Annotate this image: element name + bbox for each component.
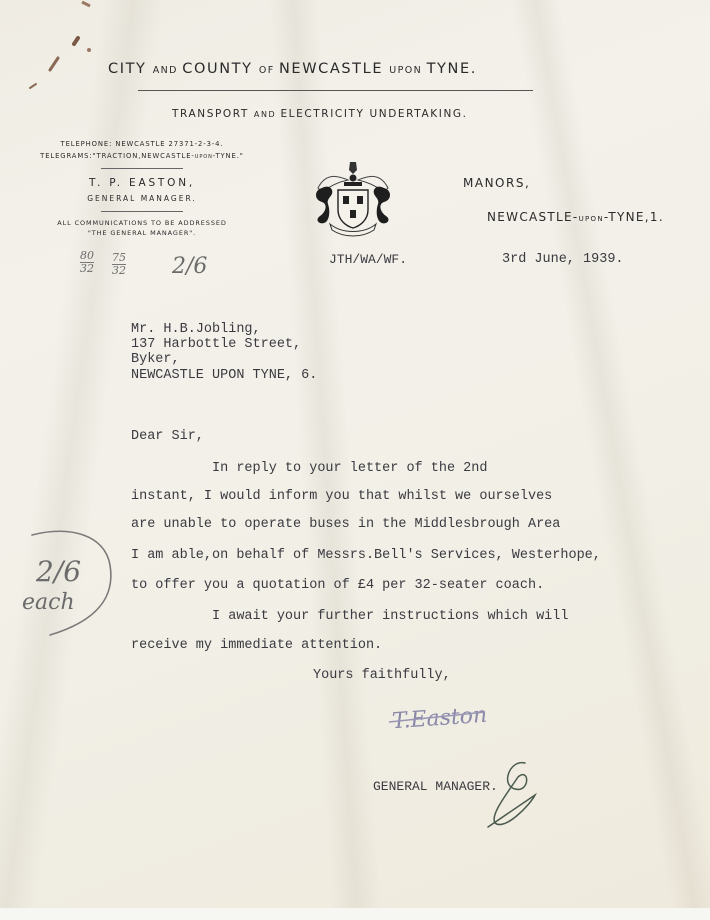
subtitle-part: TRANSPORT <box>172 108 254 120</box>
pencil-note-each: each <box>22 590 75 615</box>
recipient-address: Mr. H.B.Jobling,137 Harbottle Street,Byk… <box>131 322 317 383</box>
pencil-fraction-2: 75 32 <box>112 252 126 277</box>
letterhead-title: CITY AND COUNTY OF NEWCASTLE UPON TYNE. <box>108 61 477 77</box>
initials-flourish-icon <box>470 755 550 835</box>
body-line: instant, I would inform you that whilst … <box>131 489 552 504</box>
salutation: Dear Sir, <box>131 429 204 444</box>
coat-of-arms-icon <box>308 160 398 240</box>
telegrams-part: UPON <box>195 154 213 160</box>
telegrams-line: TELEGRAMS:"TRACTION,NEWCASTLE-UPON-TYNE.… <box>22 150 262 163</box>
communications-line: ALL COMMUNICATIONS TO BE ADDRESSED <box>22 217 262 229</box>
fraction-denominator: 32 <box>80 262 94 275</box>
address-part: NEWCASTLE- <box>487 210 579 224</box>
title-part: OF <box>259 65 279 76</box>
pencil-price-margin: 2/6 <box>36 555 81 588</box>
letterhead-subtitle: TRANSPORT AND ELECTRICITY UNDERTAKING. <box>172 108 468 120</box>
manager-name: T. P. EASTON, <box>22 174 262 192</box>
body-line: I await your further instructions which … <box>131 609 568 624</box>
telegrams-part: TELEGRAMS:"TRACTION,NEWCASTLE- <box>40 152 195 160</box>
title-part: TYNE. <box>427 61 477 77</box>
title-part: CITY <box>108 61 153 77</box>
recipient-line: NEWCASTLE UPON TYNE, 6. <box>131 368 317 383</box>
recipient-line: 137 Harbottle Street, <box>131 337 317 352</box>
telephone-line: TELEPHONE: NEWCASTLE 27371-2-3-4. <box>22 138 262 150</box>
letter-paper: CITY AND COUNTY OF NEWCASTLE UPON TYNE. … <box>0 0 710 908</box>
body-line: receive my immediate attention. <box>131 638 382 653</box>
letter-date: 3rd June, 1939. <box>502 252 624 267</box>
divider <box>101 211 183 212</box>
address-line-1: MANORS, <box>463 176 530 190</box>
fraction-numerator: 75 <box>112 252 126 264</box>
torn-corner-icon <box>0 0 120 100</box>
recipient-line: Byker, <box>131 352 317 367</box>
subtitle-part: AND <box>254 110 281 119</box>
subtitle-part: ELECTRICITY UNDERTAKING. <box>280 108 467 120</box>
body-line: I am able,on behalf of Messrs.Bell's Ser… <box>131 548 601 563</box>
title-part: UPON <box>389 65 426 76</box>
pencil-fraction-1: 80 32 <box>80 250 94 275</box>
reference-code: JTH/WA/WF. <box>329 252 407 267</box>
paper-crease <box>0 0 164 908</box>
pencil-price-top: 2/6 <box>172 254 207 279</box>
communications-line: "THE GENERAL MANAGER". <box>22 229 262 238</box>
letterhead-contact-block: TELEPHONE: NEWCASTLE 27371-2-3-4. TELEGR… <box>22 138 262 238</box>
recipient-line: Mr. H.B.Jobling, <box>131 322 317 337</box>
address-line-2: NEWCASTLE-UPON-TYNE,1. <box>487 210 664 224</box>
manager-role: GENERAL MANAGER. <box>22 192 262 206</box>
telegrams-part: -TYNE." <box>213 152 244 160</box>
divider <box>101 168 183 169</box>
title-part: NEWCASTLE <box>279 61 389 77</box>
body-line: to offer you a quotation of £4 per 32-se… <box>131 578 544 593</box>
body-line: In reply to your letter of the 2nd <box>131 461 487 476</box>
body-line: are unable to operate buses in the Middl… <box>131 517 560 532</box>
address-part: UPON <box>579 215 604 223</box>
title-divider <box>138 90 533 91</box>
title-part: AND <box>153 65 183 76</box>
closing: Yours faithfully, <box>313 668 451 683</box>
fraction-numerator: 80 <box>80 250 94 262</box>
address-part: -TYNE,1. <box>604 210 664 224</box>
paper-crease <box>268 0 381 908</box>
fraction-denominator: 32 <box>112 264 126 277</box>
signature-underline-icon <box>385 708 495 728</box>
title-part: COUNTY <box>182 61 259 77</box>
